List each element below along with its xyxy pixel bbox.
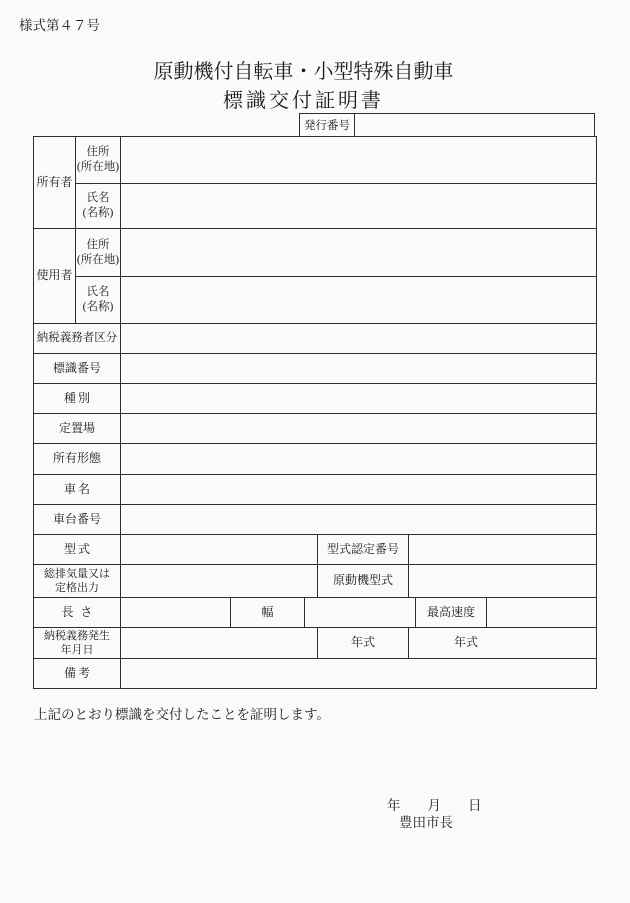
- certificate-table: 所有者 住所 (所在地) 氏名 (名称) 使用者 住所 (所在地) 氏名 (名称…: [33, 136, 597, 689]
- plate-number-label: 標識番号: [34, 354, 121, 384]
- model-value[interactable]: [121, 535, 318, 565]
- vehicle-name-value[interactable]: [121, 475, 596, 505]
- ownership-type-label: 所有形態: [34, 444, 121, 475]
- ownership-type-value[interactable]: [121, 444, 596, 475]
- document-page: 様式第４７号 原動機付自転車・小型特殊自動車 標識交付証明書 発行番号 所有者 …: [0, 0, 630, 903]
- owner-address-label: 住所 (所在地): [76, 137, 121, 184]
- form-number: 様式第４７号: [19, 14, 100, 34]
- displacement-label: 総排気量又は 定格出力: [34, 565, 121, 598]
- displacement-value[interactable]: [121, 565, 318, 598]
- user-name-label: 氏名 (名称): [76, 277, 121, 324]
- width-value[interactable]: [305, 598, 416, 628]
- issue-number-value[interactable]: [355, 114, 594, 136]
- owner-address-value[interactable]: [121, 137, 596, 184]
- engine-model-value[interactable]: [409, 565, 596, 598]
- user-address-value[interactable]: [121, 229, 596, 277]
- issue-number-label: 発行番号: [300, 114, 355, 136]
- owner-group-label: 所有者: [34, 137, 76, 229]
- model-approval-value[interactable]: [409, 535, 596, 565]
- length-value[interactable]: [121, 598, 231, 628]
- document-title-line1: 原動機付自転車・小型特殊自動車: [0, 55, 607, 84]
- storage-place-label: 定置場: [34, 414, 121, 444]
- user-group-label: 使用者: [34, 229, 76, 324]
- issuer-name: 豊田市長: [399, 811, 453, 831]
- remarks-label: 備考: [34, 659, 121, 688]
- storage-place-value[interactable]: [121, 414, 596, 444]
- max-speed-label: 最高速度: [416, 598, 487, 628]
- vehicle-name-label: 車名: [34, 475, 121, 505]
- plate-number-value[interactable]: [121, 354, 596, 384]
- tax-obligation-date-label: 納税義務発生 年月日: [34, 628, 121, 659]
- certify-statement: 上記のとおり標識を交付したことを証明します。: [34, 703, 330, 723]
- max-speed-value[interactable]: [487, 598, 596, 628]
- model-approval-label: 型式認定番号: [318, 535, 409, 565]
- engine-model-label: 原動機型式: [318, 565, 409, 598]
- length-label: 長さ: [34, 598, 121, 628]
- chassis-number-label: 車台番号: [34, 505, 121, 535]
- taxpayer-class-label: 納税義務者区分: [34, 324, 121, 354]
- user-address-label: 住所 (所在地): [76, 229, 121, 277]
- remarks-value[interactable]: [121, 659, 596, 688]
- owner-name-label: 氏名 (名称): [76, 184, 121, 229]
- document-title-line2: 標識交付証明書: [0, 84, 607, 113]
- category-value[interactable]: [121, 384, 596, 414]
- taxpayer-class-value[interactable]: [121, 324, 596, 354]
- model-year-wide-cell[interactable]: 年式: [409, 628, 596, 659]
- user-name-value[interactable]: [121, 277, 596, 324]
- issue-number-box: 発行番号: [299, 113, 595, 137]
- tax-obligation-date-value[interactable]: [121, 628, 318, 659]
- model-label: 型式: [34, 535, 121, 565]
- owner-name-value[interactable]: [121, 184, 596, 229]
- chassis-number-value[interactable]: [121, 505, 596, 535]
- width-label: 幅: [231, 598, 305, 628]
- model-year-label: 年式: [318, 628, 409, 659]
- category-label: 種別: [34, 384, 121, 414]
